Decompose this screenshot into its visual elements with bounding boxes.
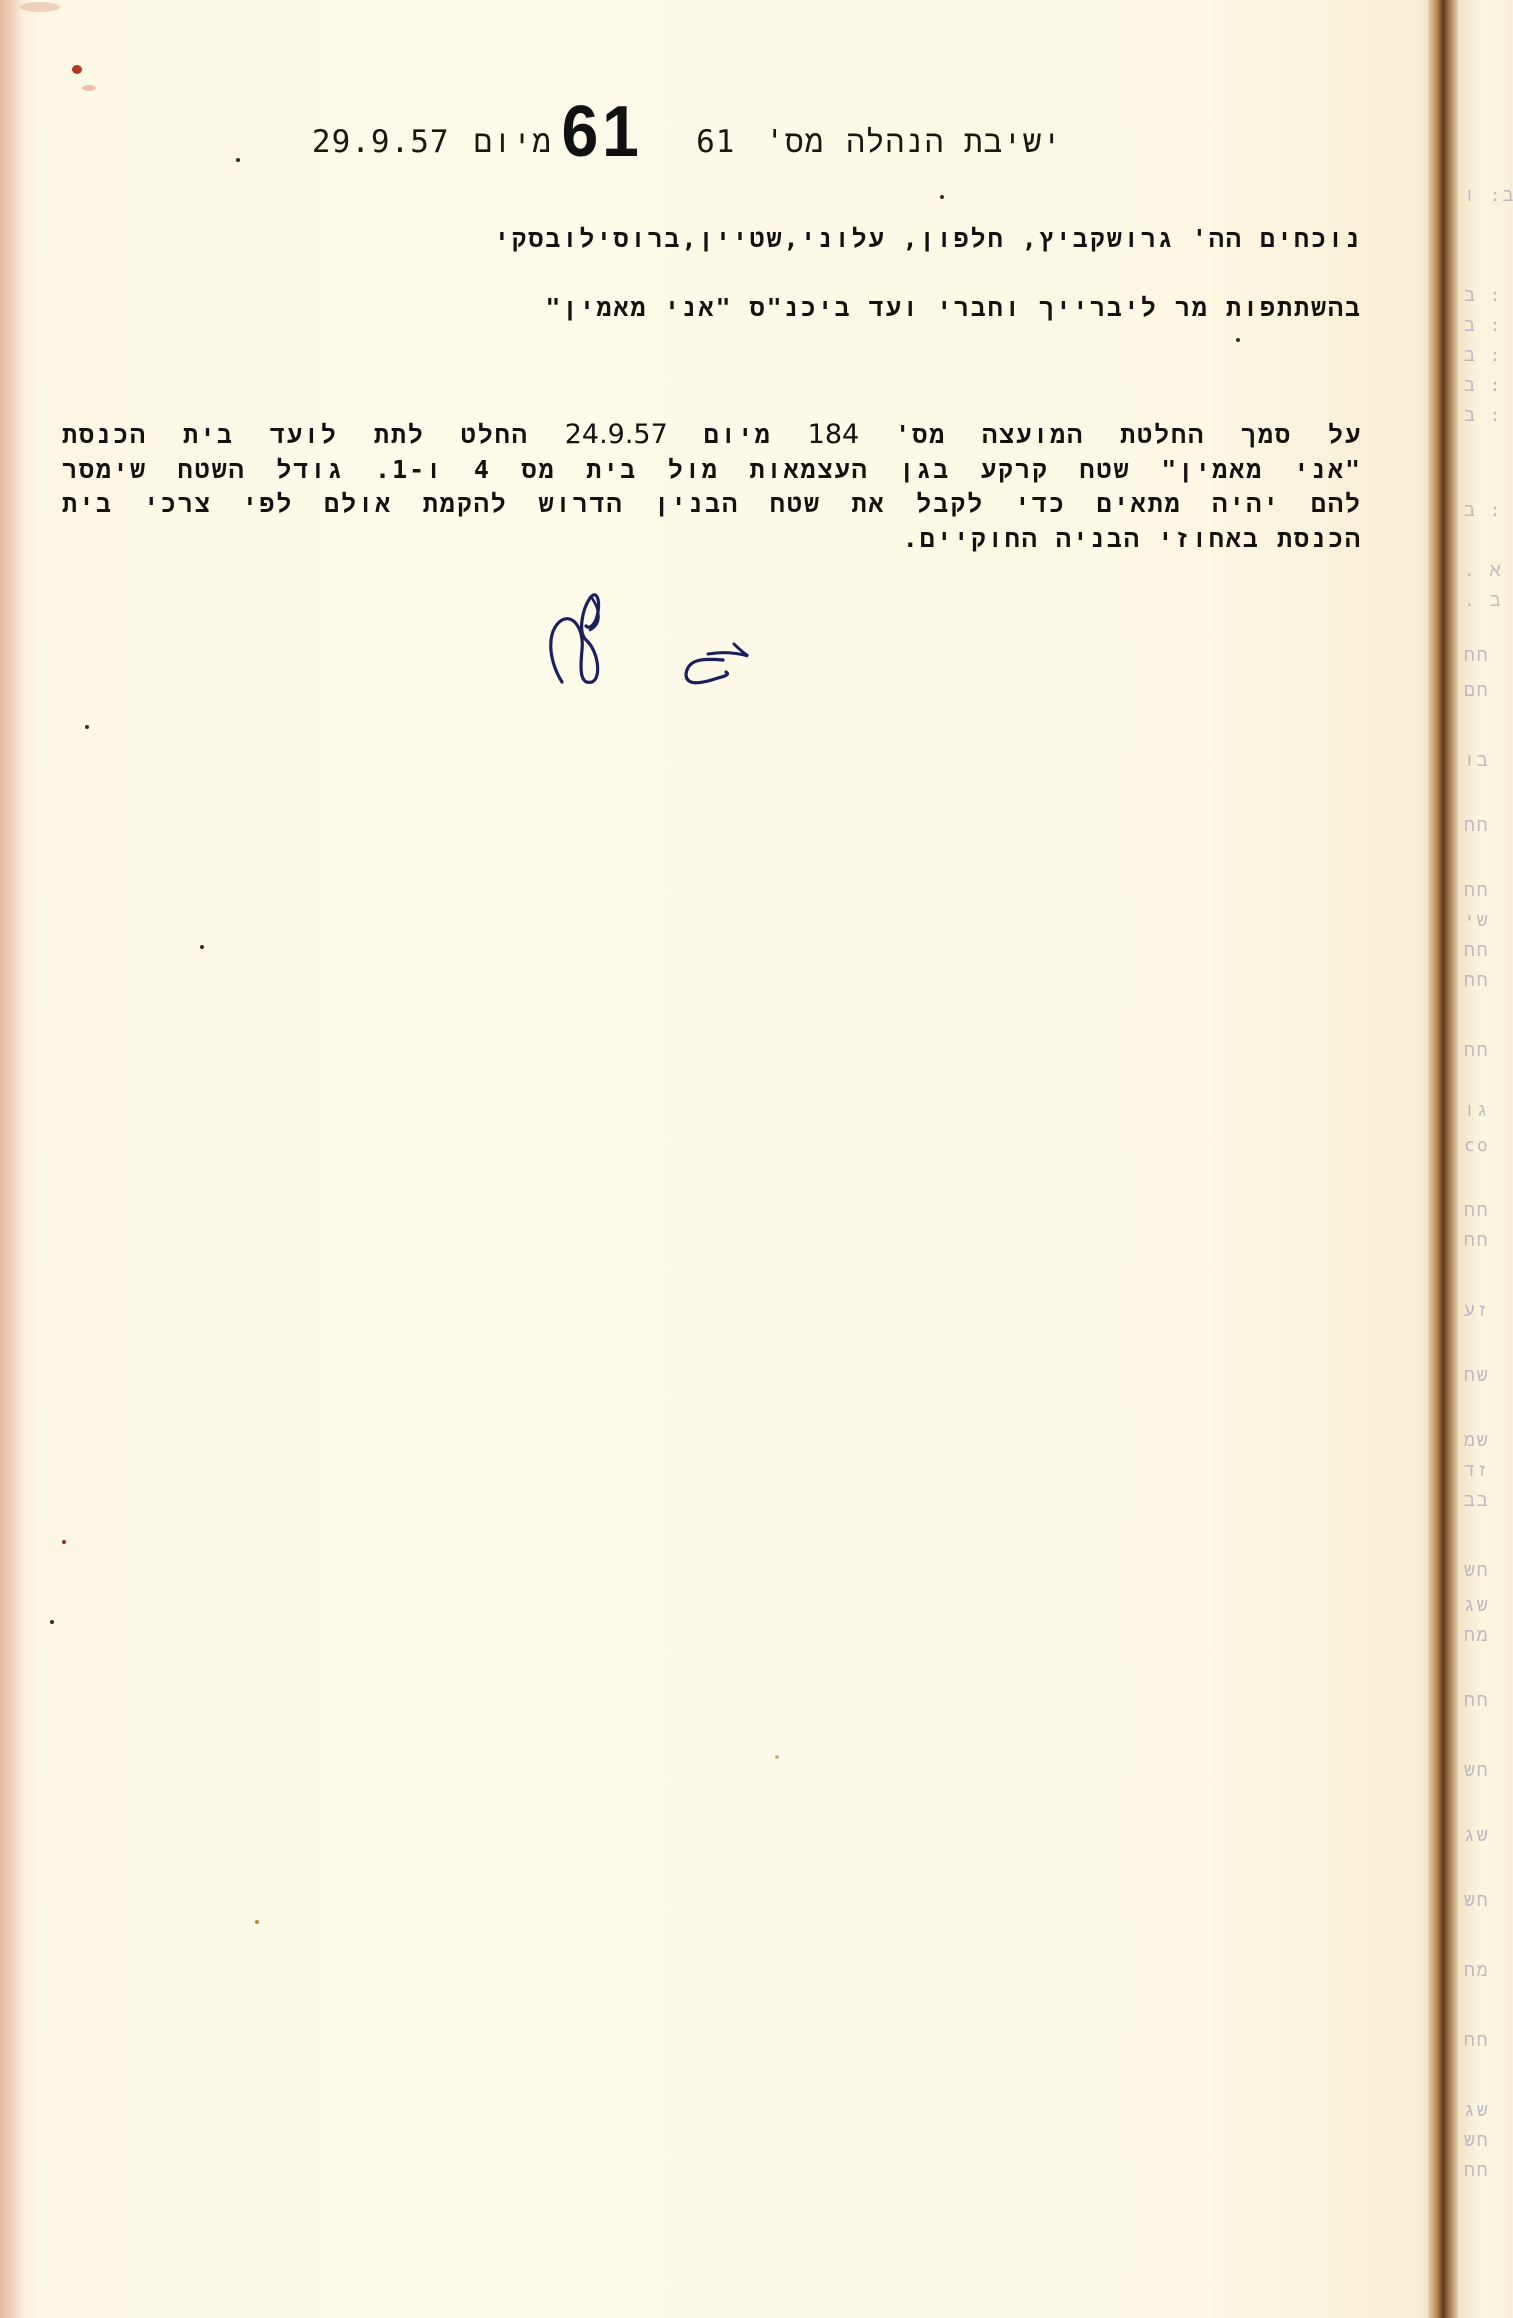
bleed-text: שג [1464,1595,1513,1609]
meeting-number: 61 [696,124,735,160]
meeting-date: 29.9.57 [312,124,450,160]
resolution-text: מיום [668,420,808,449]
speck [940,195,944,199]
bleed-text: ב : [1464,285,1513,299]
bleed-text: ב : [1464,345,1513,359]
page-left-edge [0,0,22,2318]
bleed-text: חח [1464,815,1513,829]
resolution-line-4: הכנסת באחוזי הבניה החוקיים. [62,522,1362,557]
bleed-text: ב : [1464,500,1513,514]
resolution-line-2: "אני מאמין" שטח קרקע בגן העצמאות מול בית… [62,453,1362,488]
document-page: ישיבת הנהלה מס' 61 61 מיום 29.9.57 נוכחי… [0,0,1440,2318]
bleed-text: חח [1464,2160,1513,2174]
attendees-line: נוכחים הה' גרושקביץ, חלפון, עלוני,שטיין,… [494,224,1362,255]
bleed-text: חח [1464,880,1513,894]
signature-initials [540,590,800,700]
speck [255,1920,259,1924]
bleed-text: שי [1464,910,1513,924]
adjacent-page-edge: ב: ו ב : ב : ב : ב : ב : ב : . א . ב חח … [1458,0,1513,2318]
bleed-text: חח [1464,1230,1513,1244]
number-label: מס' [765,124,824,162]
council-resolution-date: 24.9.57 [565,419,668,450]
bleed-text: גו [1464,1100,1513,1114]
binding-fold [1428,0,1458,2318]
council-resolution-number: 184 [808,419,860,450]
bleed-text: שח [1464,1365,1513,1379]
stain [72,65,82,74]
bleed-text: . א [1464,560,1513,574]
bleed-text: שמ [1464,1430,1513,1444]
resolution-line-1: על סמך החלטת המועצה מס' 184 מיום 24.9.57… [62,418,1362,453]
bleed-text: חח [1464,645,1513,659]
resolution-text: על סמך החלטת המועצה מס' [859,420,1362,449]
bleed-text: מח [1464,1960,1513,1974]
participation-line: בהשתתפות מר ליברייך וחברי ועד ביכנ"ס "אנ… [545,293,1362,324]
bleed-text: זד [1464,1460,1513,1474]
speck [85,725,89,729]
stain [20,2,60,12]
bleed-text: חש [1464,1560,1513,1574]
resolution-line-3: להם יהיה מתאים כדי לקבל את שטח הבנין הדר… [62,487,1362,522]
stain [82,85,96,91]
bleed-text: ב : [1464,315,1513,329]
bleed-text: co [1464,1135,1513,1149]
bleed-text: חח [1464,2030,1513,2044]
bleed-text: ב : [1464,375,1513,389]
speck [1236,338,1240,342]
date-label: מיום [474,124,552,162]
bleed-text: חח [1464,970,1513,984]
speck [62,1540,66,1544]
bleed-text: חש [1464,1760,1513,1774]
bleed-text: חש [1464,1890,1513,1904]
bleed-text: . ב [1464,590,1513,604]
resolution-text: החלט לתת לועד בית הכנסת [62,420,565,449]
bleed-text: חש [1464,2130,1513,2144]
bleed-text: בו [1464,750,1513,764]
speck [50,1620,54,1624]
speck [236,158,240,162]
handwritten-meeting-number: 61 [562,96,643,168]
bleed-text: מח [1464,1625,1513,1639]
meeting-header: ישיבת הנהלה מס' 61 61 מיום 29.9.57 [232,92,1062,152]
bleed-text: חם [1464,680,1513,694]
bleed-text: ב : [1464,405,1513,419]
bleed-text: חח [1464,1040,1513,1054]
speck [200,945,204,949]
bleed-text: בב [1464,1490,1513,1504]
speck [775,1755,779,1759]
bleed-text: חח [1464,940,1513,954]
bleed-text: חח [1464,1200,1513,1214]
bleed-text: שג [1464,2100,1513,2114]
bleed-text: חח [1464,1690,1513,1704]
bleed-text: שג [1464,1825,1513,1839]
meeting-title: ישיבת הנהלה [846,124,1062,162]
resolution-paragraph: על סמך החלטת המועצה מס' 184 מיום 24.9.57… [62,418,1362,556]
bleed-text: ב: ו [1464,185,1513,199]
bleed-text: זע [1464,1300,1513,1314]
